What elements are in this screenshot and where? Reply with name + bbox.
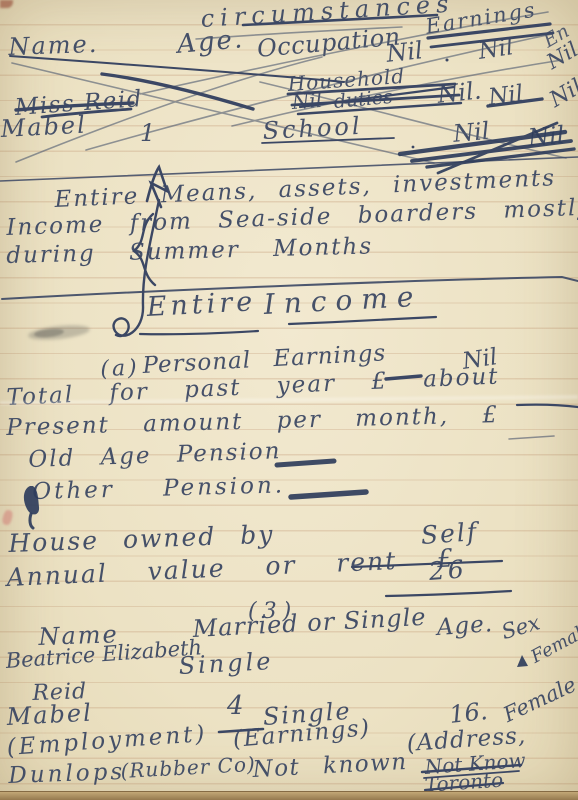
row2-sex: Female: [500, 673, 578, 727]
row2-age: 16.: [448, 698, 489, 728]
item-a-label: (a): [100, 357, 140, 383]
note-line-3: during Summer Months: [6, 234, 373, 269]
corner-stain: [0, 0, 13, 8]
name-mabel: Mabel: [0, 111, 87, 142]
annual-value-amount: 26: [428, 555, 468, 585]
row2-margin-value: Nil: [546, 75, 578, 113]
name-label: Name.: [8, 31, 99, 61]
notebook-page: circumstances Earnings En Name. Age. Occ…: [0, 0, 578, 800]
house-owned-label: House owned by: [8, 521, 275, 558]
row3-value-2: Nil: [527, 122, 566, 151]
employer-name-2: (Rubber Co): [120, 753, 256, 782]
section-heading-word1: Entire: [146, 287, 257, 322]
row2-value-1: Nil.: [436, 77, 483, 108]
page-edge: [0, 791, 578, 800]
row3-value-1: Nil: [452, 118, 491, 147]
household-duties: duties: [333, 87, 394, 113]
row1-value-2: Nil: [477, 35, 515, 65]
mabel-mark: 1: [140, 120, 155, 146]
table-head-sex: Sex: [499, 611, 543, 644]
household-nil: Nil: [291, 89, 323, 113]
row2-number: 4: [227, 692, 244, 721]
age-label: Age.: [176, 25, 245, 59]
occupation-label: Occupation: [256, 23, 402, 62]
earnings-value: Not known: [252, 750, 408, 783]
row2-value-2: Nil: [487, 82, 525, 111]
other-pension-line: Other Pension.: [32, 473, 285, 505]
table-head-age: Age.: [436, 612, 494, 641]
employer-name: Dunlops: [8, 760, 126, 789]
row1-name-line1: Beatrice Elizabeth: [5, 636, 203, 673]
row1-status: Single: [178, 648, 274, 679]
table-head-status: Married or Single: [192, 604, 427, 643]
earnings-label: (Earnings): [232, 716, 372, 753]
present-amount-line: Present amount per month, £: [6, 403, 499, 441]
old-age-pension-line: Old Age Pension: [28, 439, 282, 473]
margin-stain: [1, 509, 14, 526]
row2-name: Mabel: [6, 699, 93, 730]
school-label: School: [262, 113, 363, 145]
section-heading-word2: Income: [263, 282, 423, 321]
